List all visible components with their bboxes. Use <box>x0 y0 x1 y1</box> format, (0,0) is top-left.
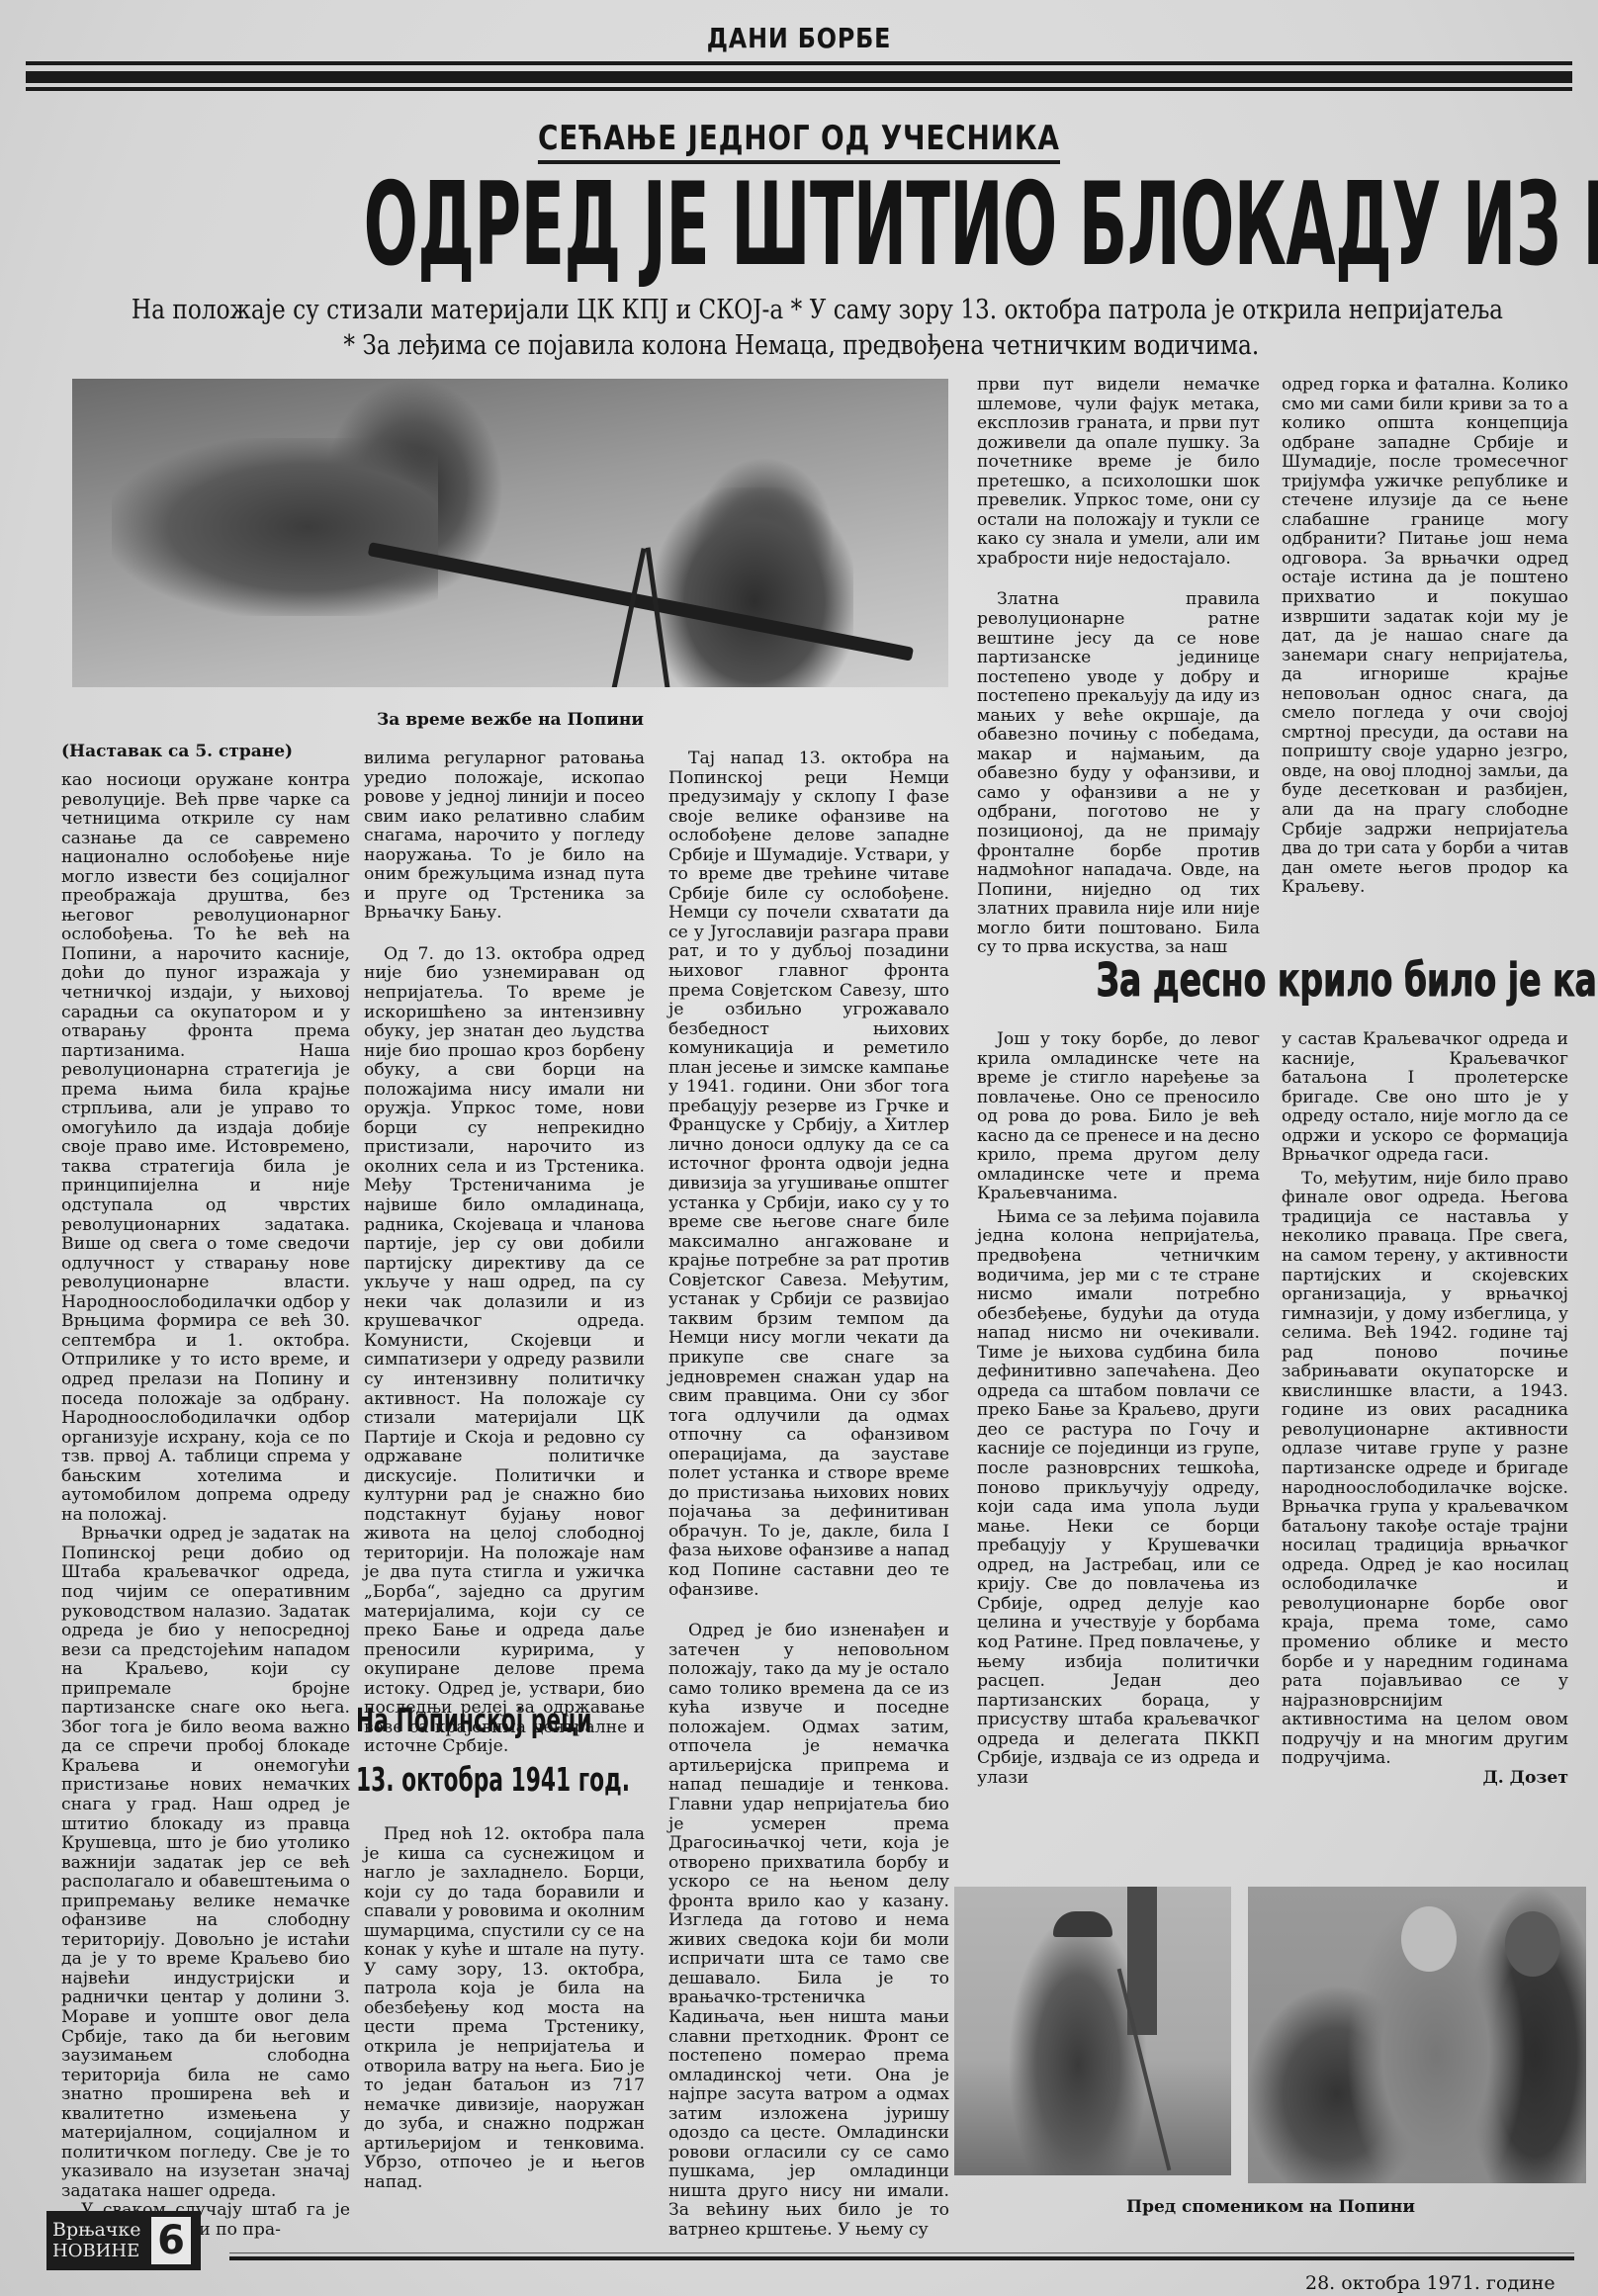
masthead-line-2: НОВИНЕ <box>52 2241 147 2262</box>
subhead-date: 13. октобра 1941 год. <box>356 1760 653 1799</box>
column-5-top: одред горка и фатална. Колико смо ми сам… <box>1282 376 1568 898</box>
paragraph: одред горка и фатална. Колико смо ми сам… <box>1282 376 1568 898</box>
photo-officer-speech-icon <box>954 1887 1231 2175</box>
byline: Д. Дозет <box>1282 1769 1568 1789</box>
column-2-continued: Пред ноћ 12. октобра пала је киша са сус… <box>364 1825 645 2192</box>
masthead-line-1: Врњачке <box>52 2219 147 2241</box>
paragraph: Њима се за леђима појавила једна колона … <box>977 1208 1260 1788</box>
deck-line-1: На положаје су стизали материјали ЦК КПЈ… <box>132 293 1503 328</box>
newspaper-page: ДАНИ БОРБЕ СЕЋАЊЕ ЈЕДНОГ ОД УЧЕСНИКА ОДР… <box>0 0 1598 2296</box>
paragraph: у састав Краљевачког одреда и касније, К… <box>1282 1030 1568 1166</box>
paragraph: Тај напад 13. октобра на Попинској реци … <box>668 750 949 1600</box>
continued-note: (Наставак са 5. стране) <box>61 742 293 761</box>
photo-caption-top: За време вежбе на Попини <box>72 710 948 730</box>
column-3: Тај напад 13. октобра на Попинској реци … <box>668 750 949 2241</box>
header-rule <box>26 61 1572 91</box>
subhead-popinska-reka: На Попинској реци <box>356 1701 653 1739</box>
column-4-top: први пут видели немачке шлемове, чули фа… <box>977 376 1260 958</box>
paragraph: као носиоци оружане контра револуције. В… <box>61 771 350 1525</box>
column-2: вилима регуларног ратовања уредио положа… <box>364 750 645 1757</box>
issue-date: 28. октобра 1971. године <box>1305 2272 1555 2294</box>
paragraph: вилима регуларног ратовања уредио положа… <box>364 750 645 924</box>
headline: ОДРЕД ЈЕ ШТИТИО БЛОКАДУ ИЗ ПРАВЦА КРУШЕВ… <box>364 166 1239 295</box>
deck-line-2: * За леђима се појавила колона Немаца, п… <box>343 328 1259 364</box>
masthead-logo: Врњачке НОВИНЕ 6 <box>46 2211 201 2270</box>
paragraph: Пред ноћ 12. октобра пала је киша са сус… <box>364 1825 645 2192</box>
footer-rule <box>229 2256 1574 2260</box>
paragraph: Врњачки одред је задатак на Попинској ре… <box>61 1525 350 2201</box>
paragraph: Још у току борбе, до левог крила омладин… <box>977 1030 1260 1204</box>
section-title: ДАНИ БОРБЕ <box>120 22 1478 54</box>
paragraph: Златна правила револуционарне ратне вешт… <box>977 590 1260 957</box>
paragraph: Одред је био изненађен и затечен у непов… <box>668 1622 949 2241</box>
column-4-bottom: Још у току борбе, до левог крила омладин… <box>977 1030 1260 1788</box>
photo-soldiers-machine-gun-icon <box>72 379 948 687</box>
column-5-bottom: у састав Краљевачког одреда и касније, К… <box>1282 1030 1568 1788</box>
subhead-right-wing: За десно крило било је касно... <box>979 953 1572 1007</box>
page-number: 6 <box>151 2217 191 2264</box>
deck: На положаје су стизали материјали ЦК КПЈ… <box>20 293 1582 364</box>
photo-caption-bottom: Пред спомеником на Попини <box>954 2197 1587 2217</box>
paragraph: Од 7. до 13. октобра одред није био узне… <box>364 945 645 1757</box>
paragraph: први пут видели немачке шлемове, чули фа… <box>977 376 1260 569</box>
footer-rule-thin <box>229 2252 1574 2253</box>
photo-memorial-wreath-icon <box>1248 1887 1586 2183</box>
column-1: као носиоци оружане контра револуције. В… <box>61 771 350 2241</box>
paragraph: То, међутим, није било право финале овог… <box>1282 1170 1568 1769</box>
